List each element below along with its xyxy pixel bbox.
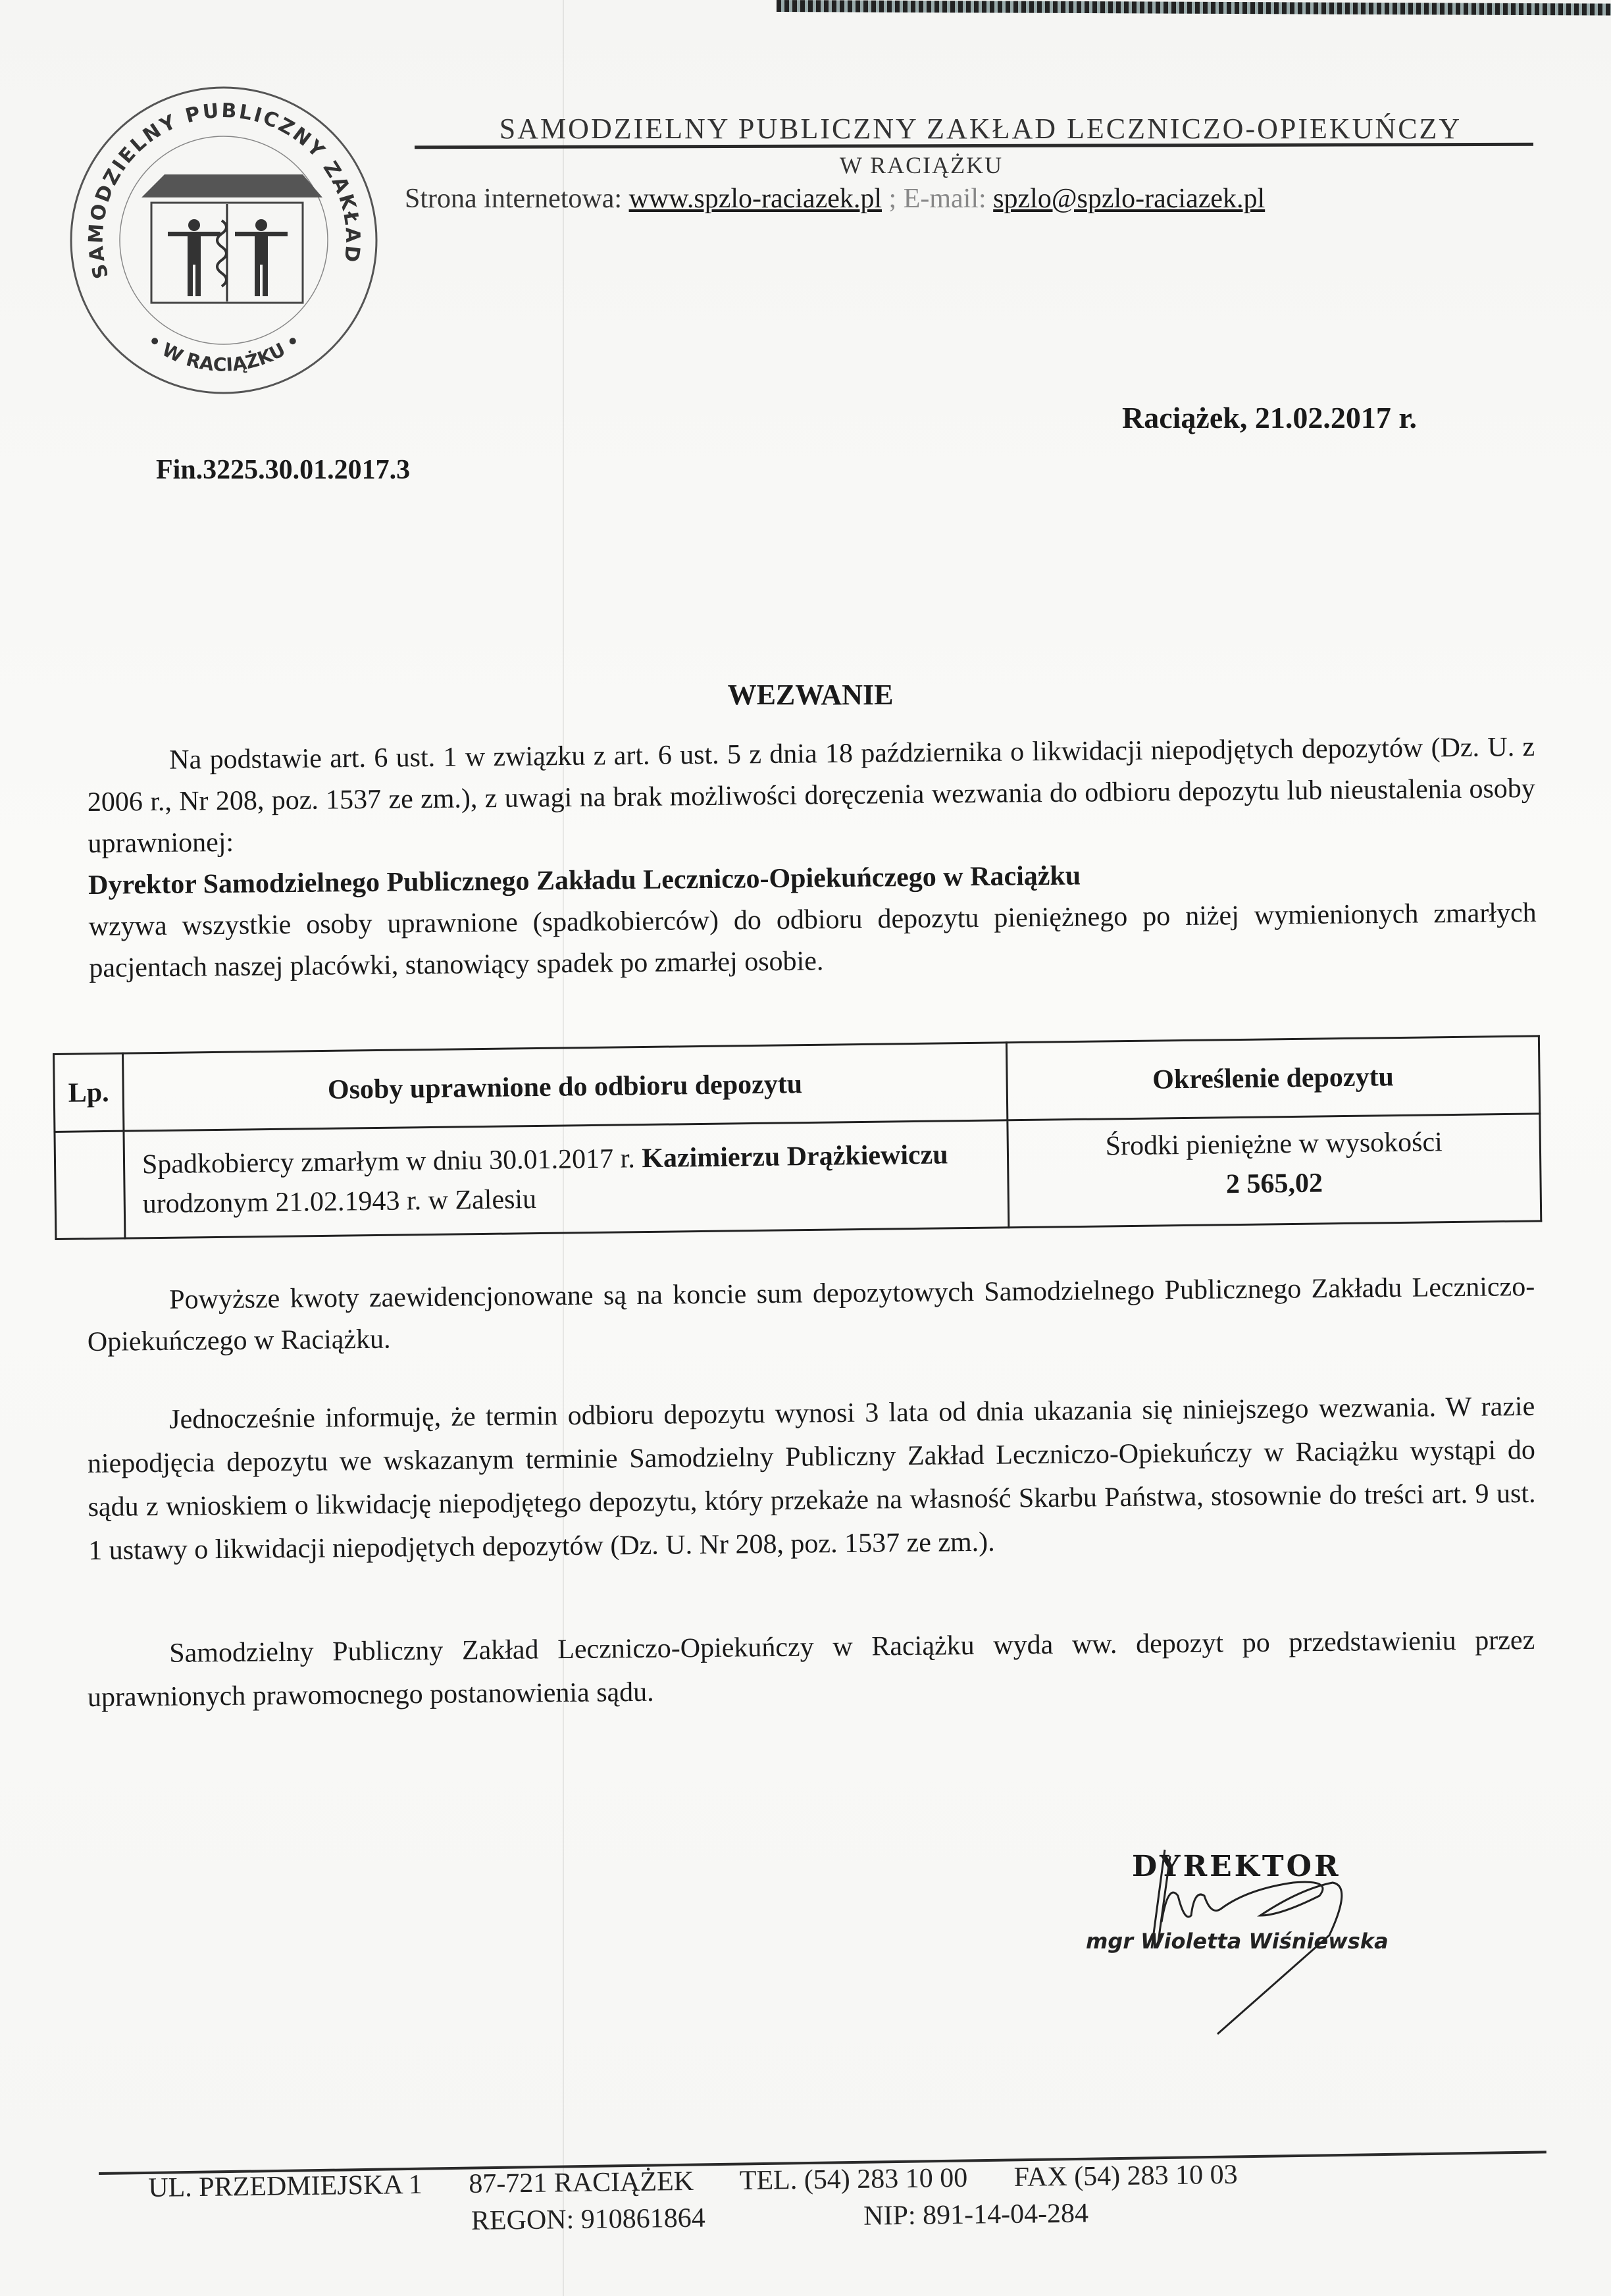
reference-number: Fin.3225.30.01.2017.3	[156, 454, 410, 486]
header-deposit: Określenie depozytu	[1006, 1036, 1540, 1120]
svg-text:• W RACIĄŻKU •: • W RACIĄŻKU •	[143, 329, 305, 375]
email-label: E-mail:	[904, 184, 986, 214]
letterhead: SAMODZIELNY PUBLICZNY ZAKŁAD LECZNICZO-O…	[401, 112, 1533, 215]
deposit-table: Lp. Osoby uprawnione do odbioru depozytu…	[53, 1035, 1542, 1240]
table-row: Spadkobiercy zmarłym w dniu 30.01.2017 r…	[55, 1114, 1541, 1239]
seal-bottom-text: • W RACIĄŻKU •	[143, 329, 305, 375]
intro-paragraph: Na podstawie art. 6 ust. 1 w związku z a…	[87, 727, 1537, 989]
perforation-strip	[777, 0, 1611, 16]
document-page: SAMODZIELNY PUBLICZNY ZAKŁAD LECZNICZO -…	[0, 0, 1611, 2296]
footer-postal: 87-721 RACIĄŻEK	[469, 2166, 694, 2199]
institution-name: SAMODZIELNY PUBLICZNY ZAKŁAD LECZNICZO-O…	[494, 112, 1467, 145]
clinic-logo-seal-icon: SAMODZIELNY PUBLICZNY ZAKŁAD LECZNICZO -…	[63, 79, 385, 402]
person-prefix: Spadkobiercy zmarłym w dniu 30.01.2017 r…	[142, 1143, 642, 1180]
institution-town: W RACIĄŻKU	[309, 151, 1533, 179]
document-date: Raciążek, 21.02.2017 r.	[1122, 400, 1417, 435]
person-suffix: urodzonym 21.02.1943 r. w Zalesiu	[142, 1184, 536, 1219]
intro-summons: wzywa wszystkie osoby uprawnione (spadko…	[88, 893, 1537, 989]
website-link[interactable]: www.spzlo-raciazek.pl	[629, 184, 882, 214]
contact-line: Strona internetowa: www.spzlo-raciazek.p…	[401, 183, 1533, 215]
footer-tel: TEL. (54) 283 10 00	[740, 2163, 968, 2196]
deposit-amount: 2 565,02	[1022, 1161, 1527, 1207]
person-name: Kazimierzu Drążkiewiczu	[642, 1139, 948, 1174]
footer-nip: NIP: 891-14-04-284	[863, 2199, 1088, 2231]
signature-block: DYREKTOR mgr Wioletta Wiśniewska	[1086, 1843, 1415, 2041]
cell-deposit: Środki pieniężne w wysokości 2 565,02	[1008, 1114, 1541, 1228]
intro-text: Na podstawie art. 6 ust. 1 w związku z a…	[87, 727, 1536, 865]
paragraph-release: Samodzielny Publiczny Zakład Leczniczo-O…	[87, 1619, 1535, 1719]
deposit-label: Środki pieniężne w wysokości	[1021, 1122, 1526, 1167]
cell-person: Spadkobiercy zmarłym w dniu 30.01.2017 r…	[124, 1120, 1009, 1238]
handwritten-signature-icon	[1086, 1843, 1415, 2041]
cell-lp	[55, 1131, 125, 1239]
footer-regon: REGON: 910861864	[471, 2203, 705, 2236]
paragraph-deadline: Jednocześnie informuję, że termin odbior…	[87, 1385, 1536, 1573]
footer-street: UL. PRZEDMIEJSKA 1	[148, 2170, 422, 2203]
contact-separator: ;	[889, 184, 897, 214]
header-persons: Osoby uprawnione do odbioru depozytu	[122, 1043, 1007, 1131]
paragraph-accounts: Powyższe kwoty zaewidencjonowane są na k…	[87, 1266, 1535, 1363]
website-label: Strona internetowa:	[405, 184, 622, 214]
email-link[interactable]: spzlo@spzlo-raciazek.pl	[993, 184, 1265, 214]
footer-fax: FAX (54) 283 10 03	[1013, 2160, 1237, 2193]
document-title: WEZWANIE	[0, 678, 1611, 712]
header-lp: Lp.	[54, 1053, 124, 1132]
